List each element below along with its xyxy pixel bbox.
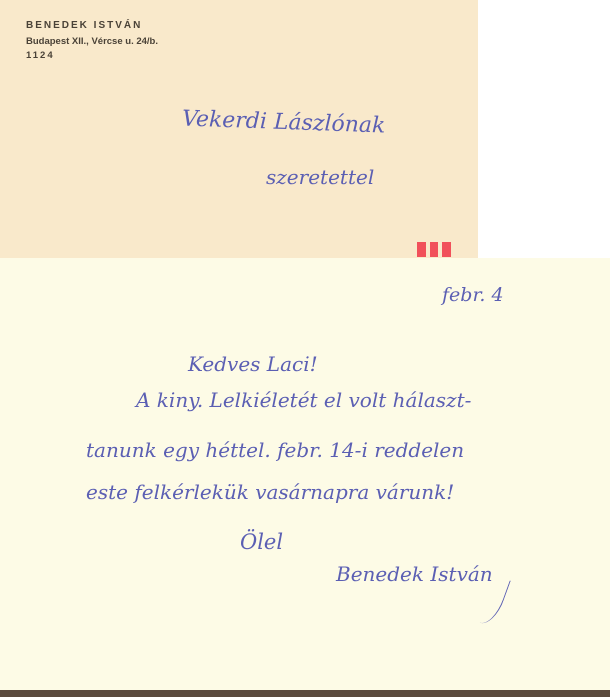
letter-body-line: tanunk egy héttel. febr. 14-i reddelen [86, 438, 464, 462]
sender-postal-code: 1124 [26, 50, 158, 61]
letter-body-line: A kiny. Lelkiéletét el volt hálaszt- [136, 388, 471, 412]
envelope: BENEDEK ISTVÁN Budapest XII., Vércse u. … [0, 0, 478, 262]
sender-address: Budapest XII., Vércse u. 24/b. [26, 36, 158, 47]
letter-closing: Ölel [240, 530, 283, 554]
letter-signature: Benedek István [336, 562, 493, 586]
letter-body-line: este felkérlekük vasárnapra várunk! [86, 480, 454, 504]
scan-bottom-edge [0, 690, 610, 697]
letter-date: febr. 4 [442, 284, 504, 306]
letter-greeting: Kedves Laci! [188, 352, 318, 376]
sender-block: BENEDEK ISTVÁN Budapest XII., Vércse u. … [26, 20, 158, 61]
recipient-line-2: szeretettel [266, 165, 374, 189]
recipient-line-1: Vekerdi Lászlónak [182, 106, 386, 138]
letter-sheet [0, 258, 610, 690]
sender-name: BENEDEK ISTVÁN [26, 20, 158, 31]
red-stripes-marking [417, 242, 451, 257]
